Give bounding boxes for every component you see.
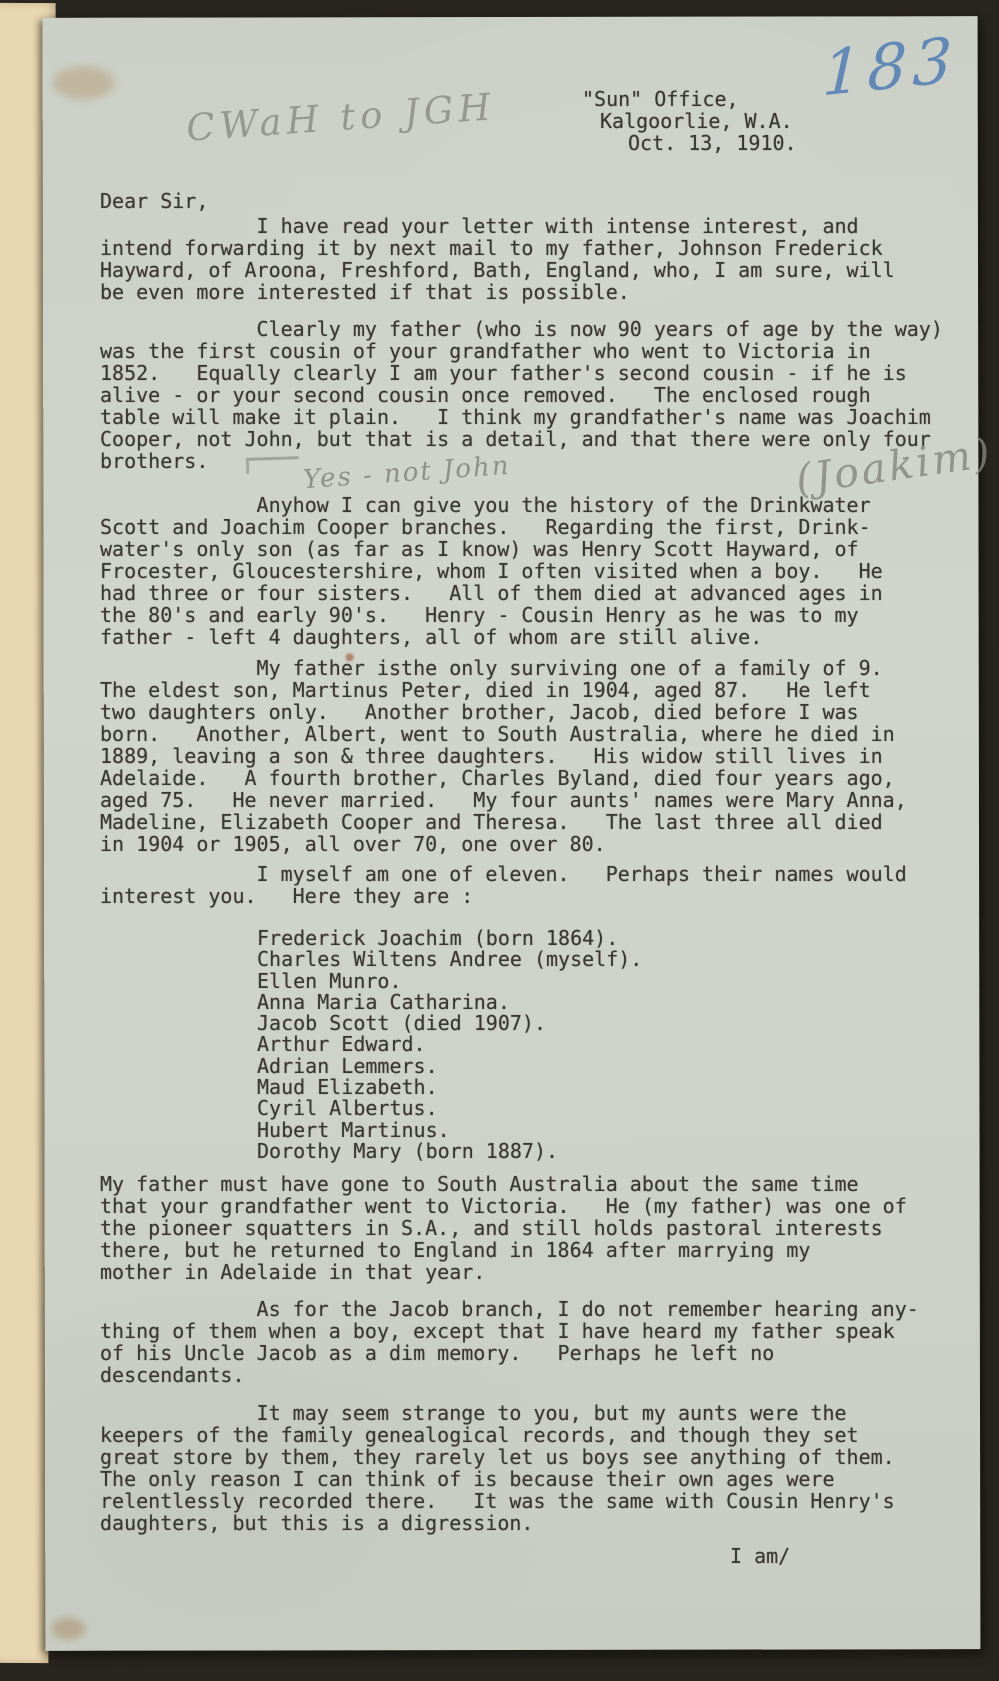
letterhead-place: Kalgoorlie, W.A. xyxy=(600,110,793,132)
paragraph-cousins: Clearly my father (who is now 90 years o… xyxy=(100,318,943,472)
paragraph-aunts-records: It may seem strange to you, but my aunts… xyxy=(100,1402,895,1534)
letterhead-office: "Sun" Office, xyxy=(582,88,739,110)
scanned-letter: 183 CWaH to JGH "Sun" Office, Kalgoorlie… xyxy=(0,0,999,1681)
paragraph-jacob-branch: As for the Jacob branch, I do not rememb… xyxy=(100,1298,919,1386)
salutation: Dear Sir, xyxy=(100,190,208,212)
children-names-list: Frederick Joachim (born 1864). Charles W… xyxy=(257,928,642,1162)
paragraph-introduction: I have read your letter with intense int… xyxy=(100,215,895,303)
paragraph-fathers-family: My father isthe only surviving one of a … xyxy=(100,657,907,855)
paper-stain-bottom-left xyxy=(51,1618,85,1640)
paragraph-drinkwater-branch: Anyhow I can give you the history of the… xyxy=(100,494,883,648)
paragraph-eleven-children: I myself am one of eleven. Perhaps their… xyxy=(100,863,907,907)
paragraph-south-australia: My father must have gone to South Austra… xyxy=(100,1173,907,1283)
letterhead-date: Oct. 13, 1910. xyxy=(628,132,797,154)
closing-line: I am/ xyxy=(730,1545,790,1567)
pencil-bracket-mark xyxy=(246,456,300,474)
paper-stain-top-left xyxy=(53,66,115,100)
page-number-annotation: 183 xyxy=(821,23,959,111)
